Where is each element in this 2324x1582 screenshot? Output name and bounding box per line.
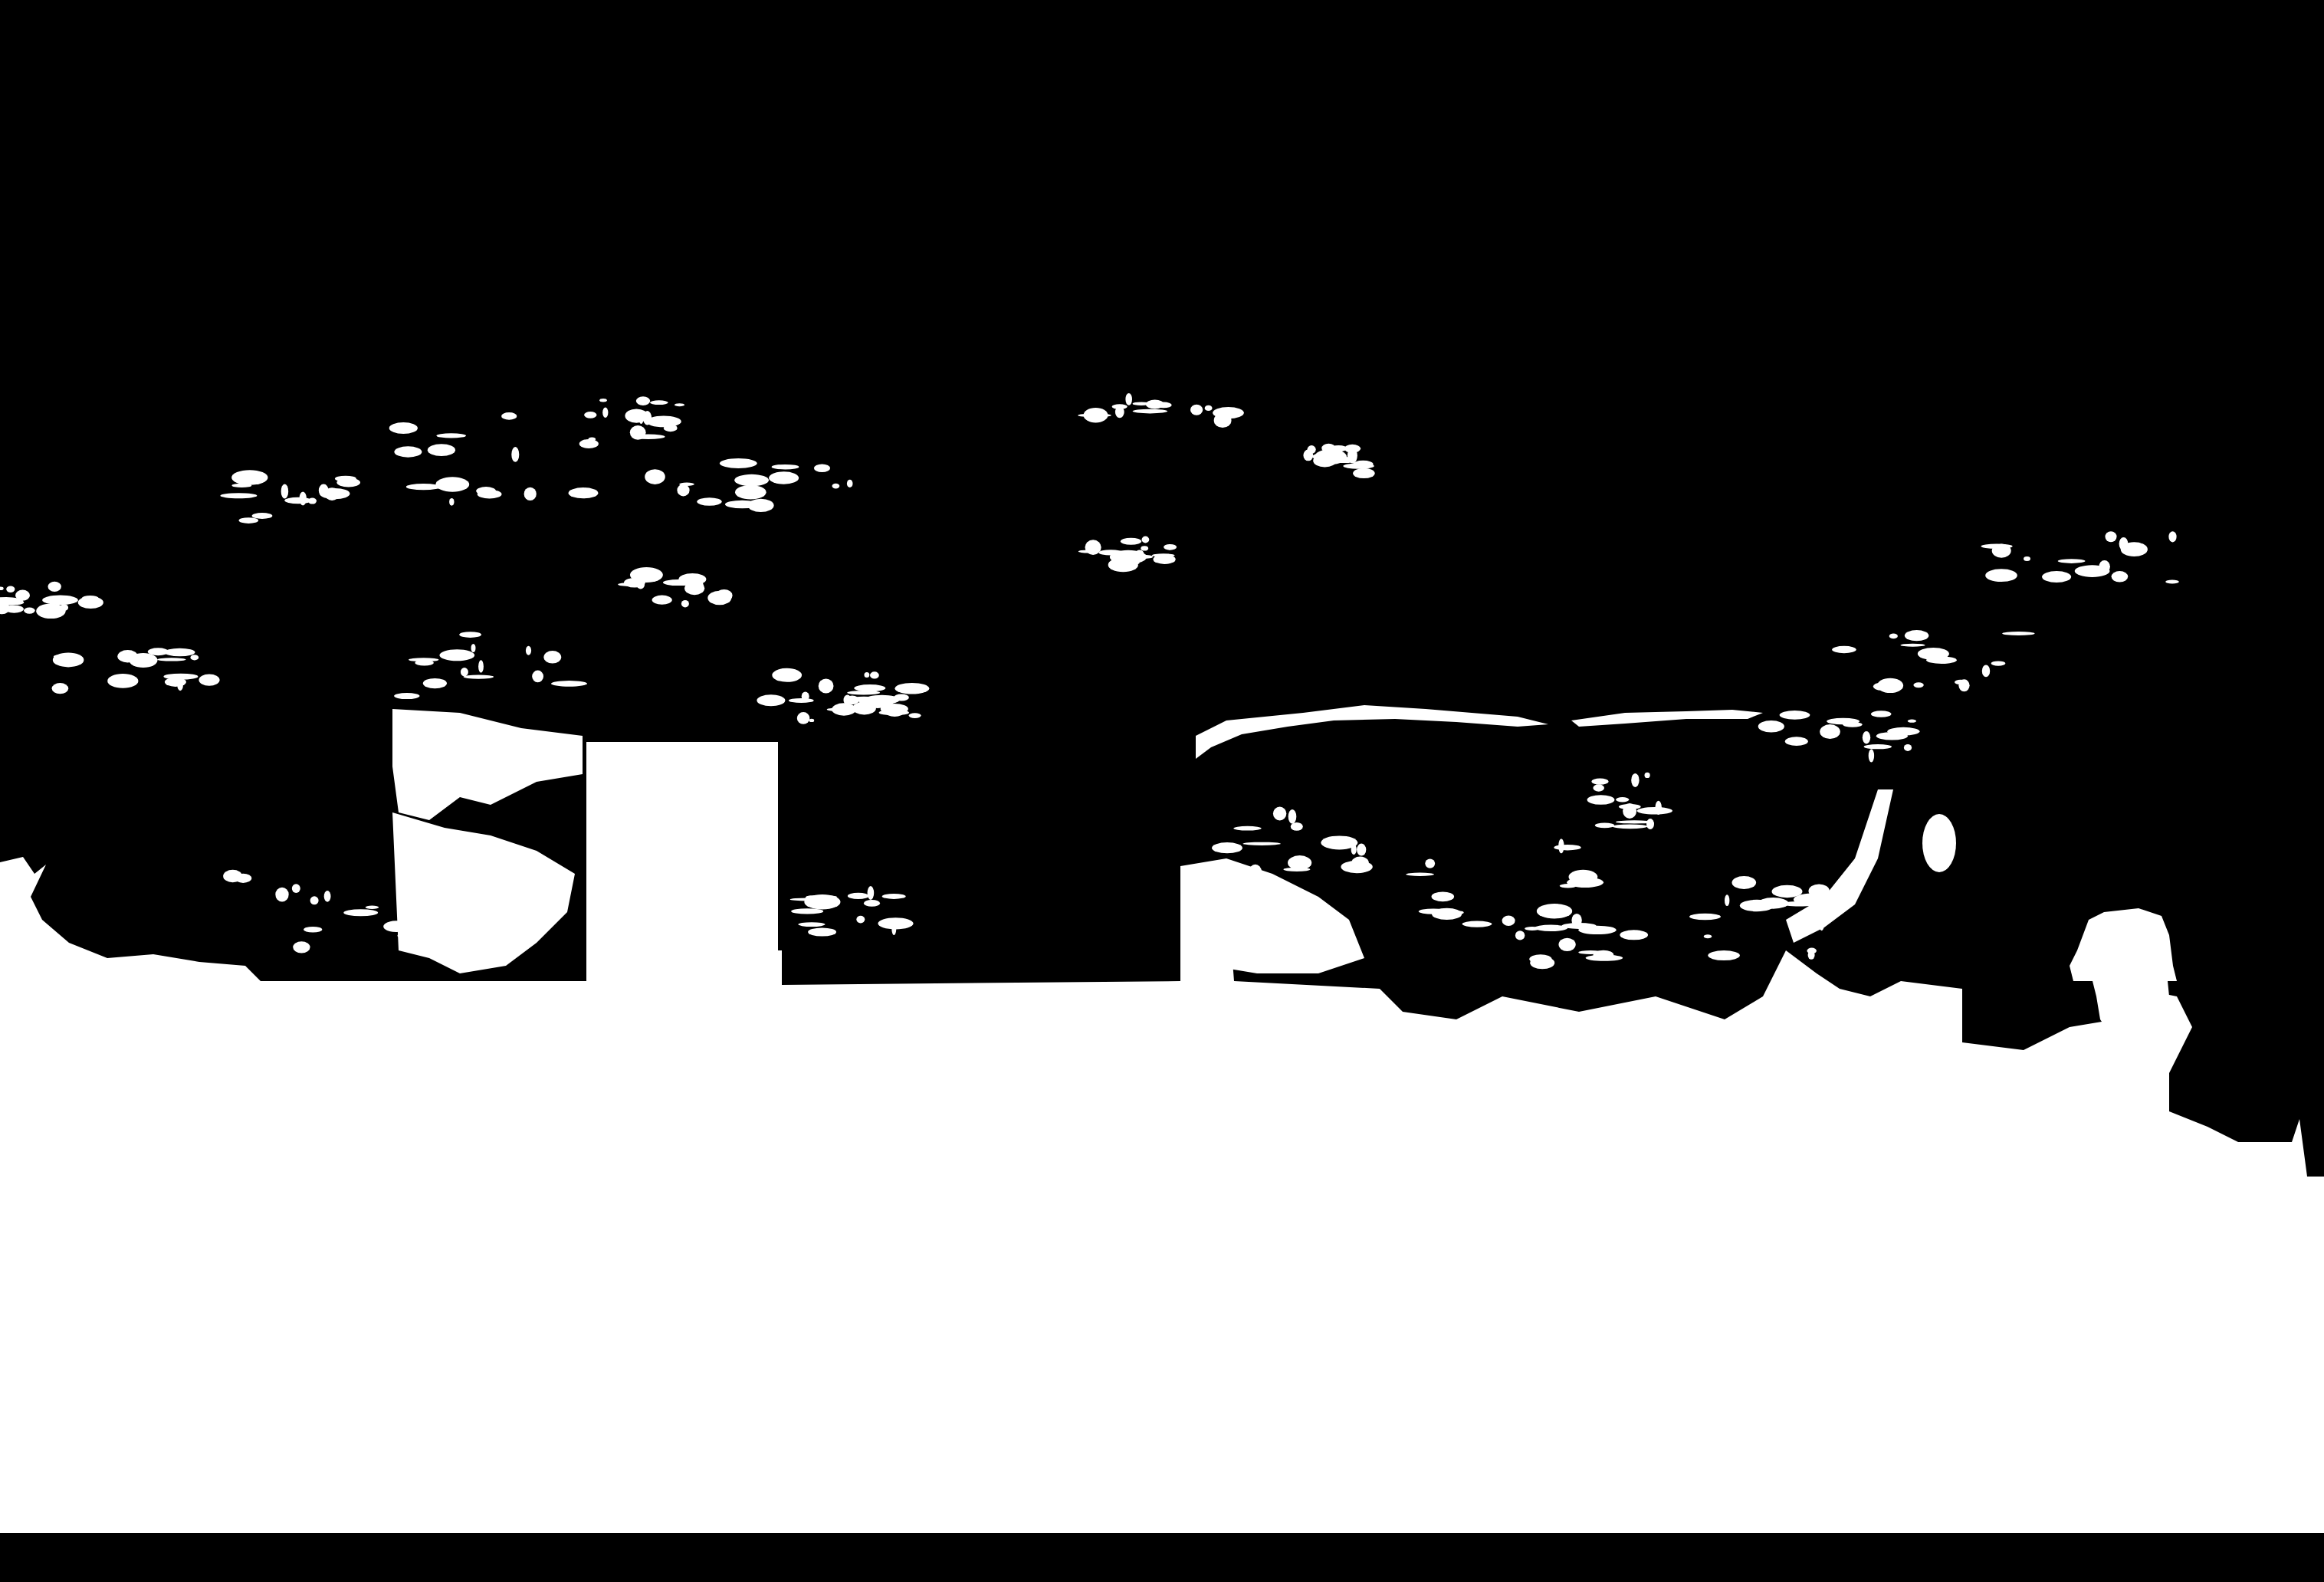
speckle [82, 596, 99, 601]
speckle [646, 416, 681, 428]
speckle [409, 895, 445, 903]
speckle [1578, 926, 1616, 934]
speckle [1904, 744, 1912, 751]
speckle [2168, 531, 2176, 542]
speckle [1249, 865, 1262, 879]
speckle [1330, 445, 1347, 451]
speckle [1554, 845, 1581, 850]
speckle [5, 606, 24, 613]
speckle [769, 471, 799, 484]
speckle [324, 891, 331, 902]
speckle [1807, 948, 1817, 954]
speckle [1141, 546, 1148, 550]
speckle [220, 493, 257, 498]
speckle [2165, 580, 2179, 584]
speckle [832, 484, 840, 489]
speckle [1595, 822, 1614, 828]
speckle [1918, 648, 1949, 660]
speckle [232, 484, 252, 487]
speckle [1156, 402, 1172, 409]
speckle [2042, 571, 2071, 583]
speckle [1243, 842, 1281, 845]
speckle [343, 909, 378, 916]
speckle [107, 674, 138, 688]
speckle [24, 607, 35, 613]
speckle [406, 484, 441, 490]
speckle [435, 477, 469, 491]
speckle [551, 681, 587, 687]
speckle [1871, 711, 1892, 717]
speckle [304, 927, 322, 933]
speckle [748, 499, 774, 512]
speckle [1725, 894, 1729, 906]
speckle [1525, 927, 1540, 930]
speckle [652, 596, 672, 605]
speckle [461, 668, 468, 676]
speckle [281, 484, 289, 499]
speckle [1869, 749, 1874, 762]
speckle [199, 674, 219, 685]
speckle [1341, 861, 1372, 873]
speckle [827, 707, 865, 712]
speckle [449, 498, 454, 506]
speckle [1084, 408, 1108, 422]
speckle [681, 600, 689, 608]
speckle [1958, 679, 1969, 691]
speckle [6, 586, 15, 592]
speckle [1877, 678, 1903, 693]
bright-wall [586, 742, 778, 981]
speckle [1863, 731, 1870, 743]
speckle [789, 698, 814, 703]
speckle [478, 490, 502, 499]
speckle [1619, 804, 1641, 809]
speckle [636, 396, 650, 405]
speckle [1689, 914, 1721, 920]
speckle [630, 425, 646, 440]
speckle [1758, 720, 1784, 732]
speckle [891, 922, 896, 935]
speckle [589, 437, 596, 441]
speckle [1288, 809, 1297, 824]
speckle [909, 713, 921, 718]
speckle [389, 422, 418, 434]
speckle [809, 719, 815, 722]
speckle [865, 695, 900, 704]
speckle [2112, 571, 2129, 583]
speckle [1992, 543, 2011, 557]
speckle [1432, 891, 1455, 901]
speckle [1559, 938, 1576, 951]
speckle [190, 655, 199, 660]
speckle [1347, 448, 1357, 464]
speckle [1819, 917, 1824, 931]
speckle [1419, 908, 1449, 914]
speckle [501, 412, 517, 420]
speckle [602, 407, 608, 418]
speckle [1637, 807, 1672, 815]
speckle [1901, 644, 1925, 647]
speckle [734, 474, 769, 487]
speckle [511, 447, 519, 462]
speckle [117, 650, 138, 662]
speckle [772, 668, 802, 682]
speckle [1205, 405, 1213, 411]
speckle [675, 403, 684, 406]
speckle [1530, 957, 1554, 969]
speckle [868, 886, 875, 900]
speckle [383, 921, 409, 932]
speckle [2024, 556, 2030, 561]
speckle [735, 485, 766, 500]
speckle [1462, 921, 1492, 927]
speckle [1985, 569, 2017, 582]
speckle [2058, 559, 2086, 563]
speckle [1502, 916, 1515, 926]
speckle [366, 906, 379, 909]
speckle [791, 908, 823, 914]
speckle [1233, 826, 1261, 831]
speckle [1758, 898, 1788, 909]
speckle [1832, 646, 1856, 653]
speckle [697, 497, 721, 505]
speckle [882, 894, 906, 899]
speckle [478, 660, 484, 673]
speckle [1190, 405, 1203, 415]
speckle [252, 513, 273, 519]
speckle [584, 412, 596, 418]
speckle [757, 694, 785, 706]
speckle [336, 478, 360, 487]
speckle [844, 695, 852, 705]
speckle [1704, 934, 1712, 938]
speckle [1991, 661, 2006, 665]
bright-blob [1922, 814, 1956, 872]
speckle [1785, 737, 1808, 746]
speckle [677, 484, 689, 497]
speckle [579, 439, 599, 448]
speckle [1620, 930, 1648, 940]
speckle [870, 671, 879, 678]
speckle [1560, 884, 1577, 888]
speckle [1982, 665, 1990, 678]
speckle [239, 517, 259, 524]
speckle [848, 893, 869, 899]
speckle [409, 658, 438, 661]
speckle [165, 648, 195, 657]
speckle [53, 652, 84, 667]
speckle [163, 674, 198, 680]
speckle [1283, 868, 1310, 871]
speckle [15, 590, 30, 601]
speckle [1291, 822, 1303, 831]
speckle [895, 683, 930, 694]
speckle [177, 680, 183, 691]
speckle [2075, 565, 2110, 577]
speckle [1646, 819, 1654, 829]
speckle [439, 649, 474, 661]
speckle [1780, 711, 1810, 720]
speckle [1406, 873, 1434, 876]
speckle [790, 898, 826, 901]
speckle [847, 480, 853, 487]
speckle [1212, 842, 1242, 853]
speckle [716, 589, 733, 602]
speckle [394, 446, 422, 457]
speckle [645, 469, 665, 484]
speckle [471, 644, 476, 652]
speckle [1121, 538, 1141, 545]
speckle [1152, 553, 1175, 557]
speckle [235, 874, 251, 883]
speckle [292, 884, 300, 893]
speckle [320, 488, 350, 499]
speckle [394, 693, 419, 699]
speckle [428, 444, 455, 456]
speckle [543, 651, 561, 664]
speckle [1133, 402, 1151, 405]
speckle [1133, 409, 1168, 414]
speckle [231, 470, 268, 485]
speckle [1125, 393, 1132, 405]
speckle [1612, 824, 1647, 829]
speckle [1537, 904, 1572, 918]
speckle [684, 581, 704, 595]
speckle [1078, 550, 1098, 553]
speckle [310, 896, 319, 904]
speckle [157, 658, 185, 661]
speckle [797, 712, 810, 724]
speckle [2119, 537, 2129, 550]
speckle [398, 934, 405, 937]
speckle [1889, 634, 1898, 639]
speckle [650, 400, 668, 405]
speckle [1115, 406, 1124, 418]
speckle [865, 672, 870, 678]
speckle [1887, 727, 1919, 736]
speckle [599, 399, 607, 402]
speckle [1593, 784, 1604, 791]
speckle [860, 700, 867, 711]
speckle [436, 433, 466, 438]
speckle [1227, 409, 1243, 416]
speckle [720, 458, 757, 468]
speckle [52, 683, 69, 694]
speckle [1357, 844, 1366, 856]
speckle [1273, 807, 1286, 821]
speckle [284, 497, 312, 504]
speckle [814, 464, 830, 472]
speckle [60, 604, 68, 611]
speckle [293, 941, 310, 953]
speckle [864, 900, 880, 907]
speckle [2106, 531, 2117, 542]
speckle [1312, 453, 1336, 460]
speckle [42, 596, 78, 606]
speckle [524, 487, 537, 501]
speckle [1732, 876, 1757, 889]
speckle [1645, 773, 1650, 778]
speckle [464, 674, 494, 678]
speckle [1820, 724, 1840, 739]
speckle [48, 582, 61, 592]
speckle [1558, 839, 1564, 853]
speckle [808, 927, 836, 936]
speckle [1864, 744, 1892, 749]
speckle [1308, 445, 1316, 454]
speckle [532, 671, 543, 683]
speckle [1843, 722, 1863, 727]
speckle [1591, 779, 1608, 785]
speckle [1913, 682, 1923, 688]
speckle [1631, 773, 1639, 787]
speckle [275, 888, 288, 902]
speckle [1164, 544, 1177, 550]
speckle [1353, 461, 1374, 468]
speckle [526, 646, 531, 655]
speckle [1353, 468, 1375, 478]
speckle [1616, 797, 1629, 802]
speckle [1110, 550, 1147, 564]
speckle [2002, 632, 2034, 635]
speckle [819, 679, 834, 694]
speckle [1905, 630, 1928, 641]
speckle [459, 632, 481, 638]
speckle [1425, 859, 1435, 868]
speckle [423, 678, 447, 688]
speckle [1794, 894, 1830, 906]
speckle [856, 916, 865, 924]
speckle [1587, 795, 1615, 805]
speckle [798, 922, 825, 927]
speckle [1571, 914, 1581, 927]
speckle [1142, 537, 1150, 543]
speckle [1515, 930, 1525, 940]
binarized-photo [0, 0, 2324, 1582]
speckle [885, 707, 904, 717]
speckle [854, 684, 885, 691]
speckle [407, 871, 425, 878]
speckle [569, 487, 599, 498]
speckle [772, 464, 799, 470]
speckle [637, 581, 645, 589]
speckle [1908, 720, 1916, 723]
speckle [1321, 835, 1357, 849]
speckle [1594, 950, 1614, 960]
speckle [1708, 950, 1740, 960]
speckle [802, 691, 809, 701]
bottom-band [0, 1536, 2324, 1582]
